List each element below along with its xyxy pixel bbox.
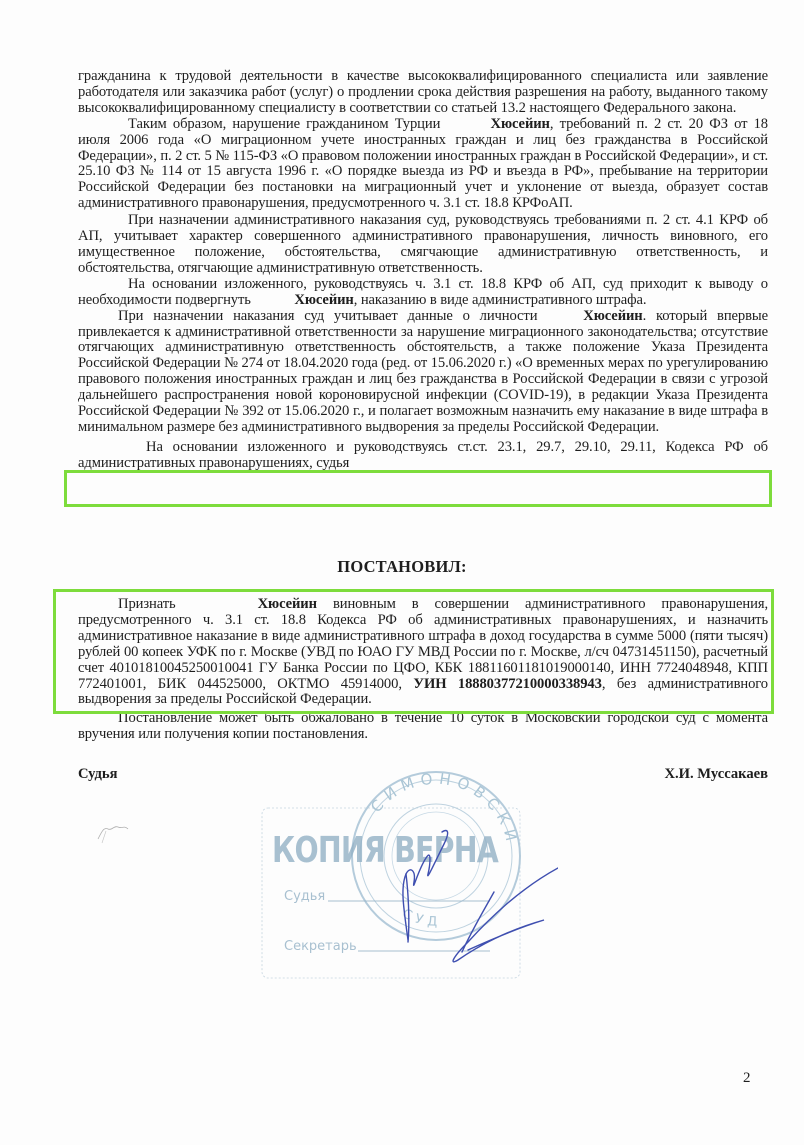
judge-name: Х.И. Муссакаев	[664, 766, 768, 783]
paragraph-text: На основании изложенного и руководствуяс…	[78, 439, 768, 471]
paragraph-5: При назначении наказания суд учитывает д…	[78, 309, 768, 436]
paragraph-3: При назначении административного наказан…	[78, 213, 768, 277]
appeal-text: Постановление может быть обжаловано в те…	[78, 710, 768, 742]
defendant-name: Хюсейин	[491, 116, 550, 132]
defendant-name: Хюсейин	[294, 292, 353, 308]
uin-number: УИН 18880377210000338943	[413, 676, 602, 692]
ruling-text: Признать Хюсейин виновным в совершении а…	[78, 597, 768, 743]
defendant-name: Хюсейин	[258, 596, 317, 612]
paragraph-text: гражданина к трудовой деятельности в кач…	[78, 68, 768, 116]
judge-label: Судья	[78, 766, 118, 783]
paragraph-4: На основании изложенного, руководствуясь…	[78, 277, 768, 309]
svg-text:Судья: Судья	[284, 889, 325, 904]
appeal-paragraph: Постановление может быть обжаловано в те…	[78, 711, 768, 743]
defendant-name: Хюсейин	[583, 308, 642, 324]
scribble-mark-icon	[94, 817, 134, 847]
body-text: гражданина к трудовой деятельности в кач…	[78, 69, 768, 472]
page-number: 2	[743, 1070, 751, 1087]
svg-text:КОПИЯ ВЕРНА: КОПИЯ ВЕРНА	[272, 830, 499, 871]
highlight-box-leniency	[64, 470, 772, 507]
paragraph-text: При назначении наказания суд учитывает д…	[118, 308, 547, 324]
ruling-paragraph: Признать Хюсейин виновным в совершении а…	[78, 597, 768, 708]
paragraph-text: , наказанию в виде административного штр…	[354, 292, 647, 308]
document-page: гражданина к трудовой деятельности в кач…	[0, 0, 804, 1145]
svg-text:Секретарь: Секретарь	[284, 939, 357, 954]
paragraph-text: . который впервые привлекается к админис…	[78, 308, 768, 435]
paragraph-1: гражданина к трудовой деятельности в кач…	[78, 69, 768, 117]
ruling-heading: ПОСТАНОВИЛ:	[0, 557, 804, 577]
court-stamp-icon: СИМОНОВСКИЙ СУД КОПИЯ ВЕРНА Судья Секрет…	[258, 770, 558, 990]
paragraph-2: Таким образом, нарушение гражданином Тур…	[78, 117, 768, 212]
paragraph-6: На основании изложенного и руководствуяс…	[78, 440, 768, 472]
paragraph-text: Признать	[118, 596, 192, 612]
paragraph-text: При назначении административного наказан…	[78, 212, 768, 276]
paragraph-text: Таким образом, нарушение гражданином Тур…	[128, 116, 447, 132]
